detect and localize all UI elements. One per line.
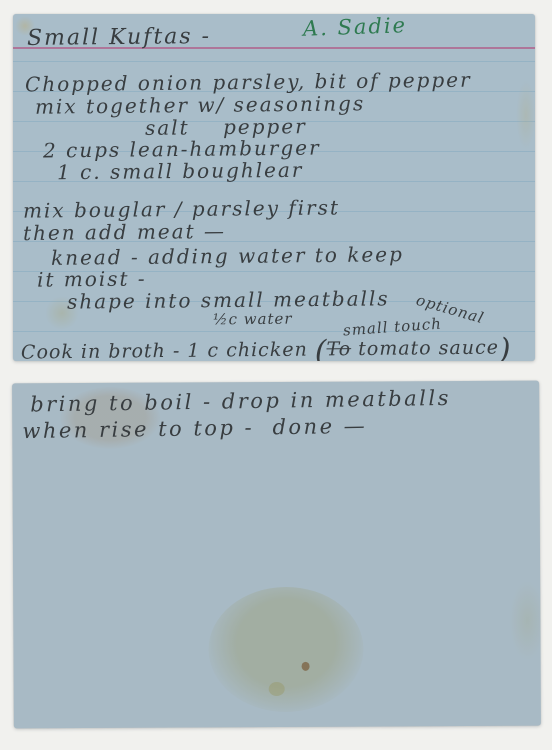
recipe-line: 1 c. small boughlear xyxy=(57,160,304,184)
recipe-line: mix together w/ seasonings xyxy=(35,93,365,117)
card-title: Small Kuftas - xyxy=(27,25,211,50)
stain xyxy=(269,682,285,696)
stain xyxy=(208,587,364,713)
recipe-card-back: bring to boil - drop in meatballs when r… xyxy=(12,381,541,729)
open-paren: ( xyxy=(315,334,327,361)
recipe-line-cook: Cook in broth - 1 c chicken (To tomato s… xyxy=(21,334,511,361)
annotation-water: ½c water xyxy=(213,312,293,329)
scanned-recipe-cards: Small Kuftas - A. Sadie Chopped onion pa… xyxy=(0,0,552,750)
close-paren: ) xyxy=(499,332,511,361)
recipe-line: knead - adding water to keep xyxy=(51,244,404,269)
recipe-line: it moist - xyxy=(37,268,147,290)
recipe-line: mix bouglar / parsley first xyxy=(23,197,340,221)
recipe-line: when rise to top - done — xyxy=(22,415,367,442)
recipe-line: then add meat — xyxy=(23,221,226,244)
recipe-line: bring to boil - drop in meatballs xyxy=(30,387,451,416)
cook-prefix: Cook in broth - 1 c chicken xyxy=(21,338,315,361)
cook-suffix: tomato sauce xyxy=(351,337,499,361)
stain xyxy=(302,662,310,671)
recipe-card-front: Small Kuftas - A. Sadie Chopped onion pa… xyxy=(13,14,535,361)
stain xyxy=(509,581,541,661)
recipe-line: shape into small meatballs xyxy=(67,288,390,312)
signature: A. Sadie xyxy=(303,14,408,40)
struck-word: To xyxy=(326,338,351,360)
